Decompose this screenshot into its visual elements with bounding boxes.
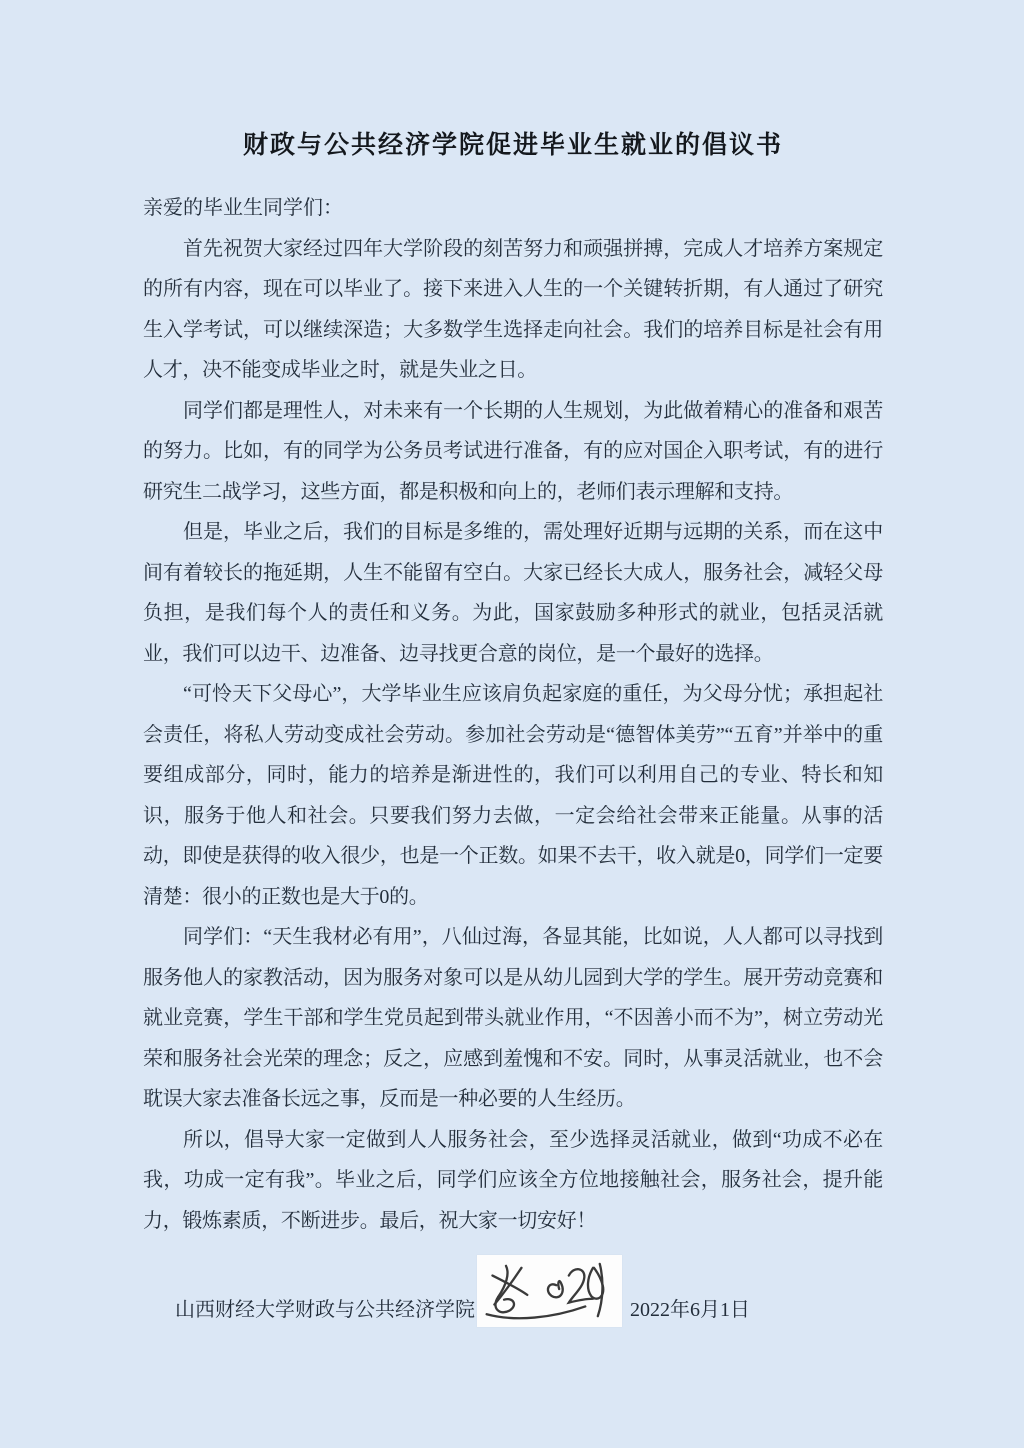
paragraph: 首先祝贺大家经过四年大学阶段的刻苦努力和顽强拼搏，完成人才培养方案规定的所有内容… (143, 229, 883, 391)
paragraph: 同学们：“天生我材必有用”，八仙过海，各显其能，比如说，人人都可以寻找到服务他人… (143, 917, 883, 1120)
paragraph: “可怜天下父母心”，大学毕业生应该肩负起家庭的重任，为父母分忧；承担起社会责任，… (143, 674, 883, 917)
document-content: 财政与公共经济学院促进毕业生就业的倡议书 亲爱的毕业生同学们： 首先祝贺大家经过… (143, 130, 883, 1327)
document-title: 财政与公共经济学院促进毕业生就业的倡议书 (143, 130, 883, 162)
salutation: 亲爱的毕业生同学们： (143, 188, 883, 229)
signature-date: 2022年6月1日 (626, 1293, 750, 1327)
institution-name: 山西财经大学财政与公共经济学院 (175, 1293, 475, 1327)
paragraph: 所以，倡导大家一定做到人人服务社会，至少选择灵活就业，做到“功成不必在我，功成一… (143, 1120, 883, 1242)
paragraph: 同学们都是理性人，对未来有一个长期的人生规划，为此做着精心的准备和艰苦的努力。比… (143, 391, 883, 513)
document-page: 财政与公共经济学院促进毕业生就业的倡议书 亲爱的毕业生同学们： 首先祝贺大家经过… (0, 0, 1024, 1448)
document-body: 首先祝贺大家经过四年大学阶段的刻苦努力和顽强拼搏，完成人才培养方案规定的所有内容… (143, 229, 883, 1242)
paragraph: 但是，毕业之后，我们的目标是多维的，需处理好近期与远期的关系，而在这中间有着较长… (143, 512, 883, 674)
handwritten-signature-icon (477, 1255, 622, 1327)
signature-row: 山西财经大学财政与公共经济学院 2022年6月1日 (175, 1255, 883, 1327)
